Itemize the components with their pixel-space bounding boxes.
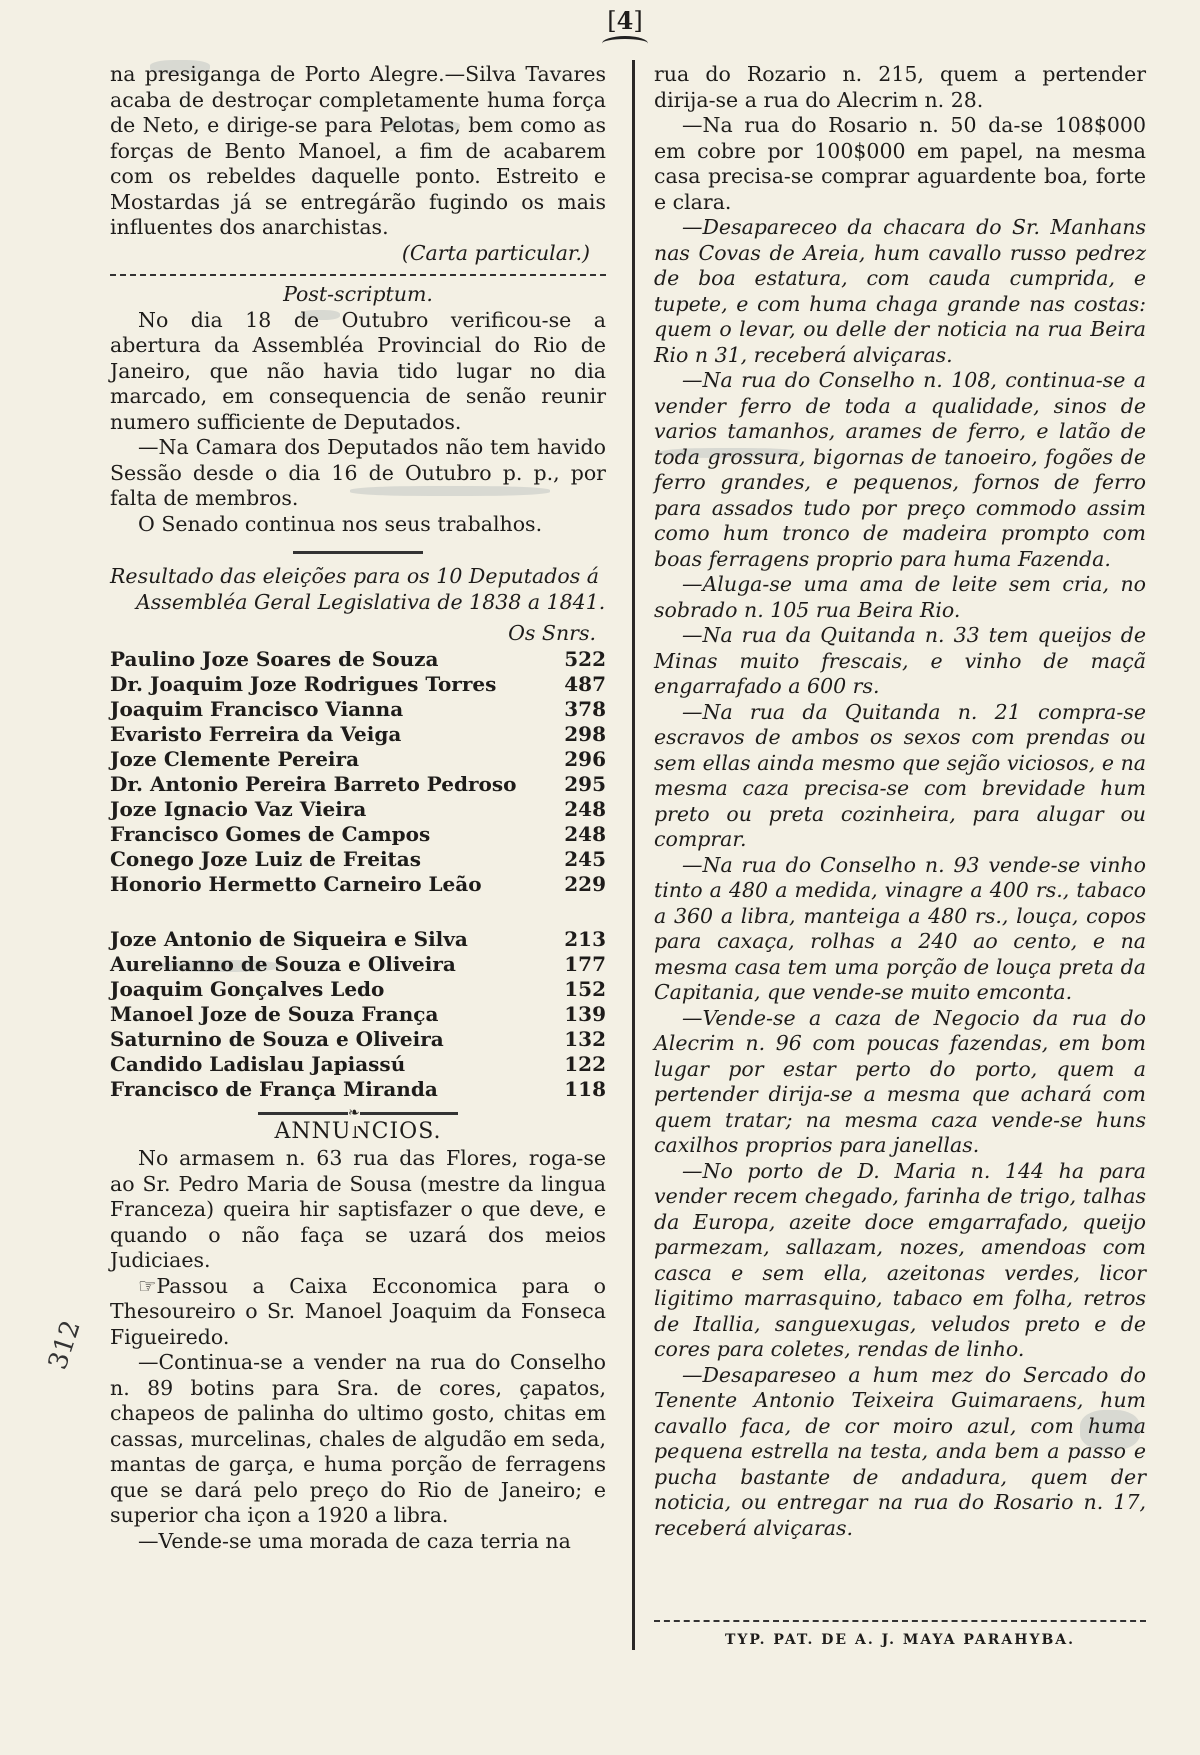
advert: —Na rua da Quitanda n. 33 tem queijos de… bbox=[654, 623, 1146, 700]
candidate-name: Candido Ladislau Japiassú bbox=[110, 1052, 405, 1077]
candidate-votes: 177 bbox=[564, 952, 606, 977]
candidate-row: Saturnino de Souza e Oliveira132 bbox=[110, 1027, 606, 1052]
candidate-name: Joze Clemente Pereira bbox=[110, 747, 359, 772]
candidate-name: Aurelianno de Souza e Oliveira bbox=[110, 952, 456, 977]
pointing-hand-icon: ☞ bbox=[138, 1274, 156, 1298]
election-header: Os Snrs. bbox=[110, 621, 606, 647]
candidate-row: Honorio Hermetto Carneiro Leão229 bbox=[110, 872, 606, 897]
advert: —No porto de D. Maria n. 144 ha para ven… bbox=[654, 1159, 1146, 1363]
brace-ornament bbox=[602, 36, 648, 51]
postscript-paragraph: No dia 18 de Outubro verificou-se a aber… bbox=[110, 308, 606, 436]
announcement-text: Passou a Caixa Ecconomica para o Thesour… bbox=[110, 1274, 606, 1349]
postscript-paragraph: O Senado continua nos seus trabalhos. bbox=[110, 512, 606, 538]
candidate-votes: 229 bbox=[564, 872, 606, 897]
advert: —Vende-se a caza de Negocio da rua do Al… bbox=[654, 1006, 1146, 1159]
candidate-votes: 213 bbox=[564, 927, 606, 952]
candidate-name: Paulino Joze Soares de Souza bbox=[110, 647, 438, 672]
candidate-row: Manoel Joze de Souza França139 bbox=[110, 1002, 606, 1027]
page-number: [4] bbox=[595, 6, 655, 35]
newspaper-page: [4] 312 na presiganga de Porto Alegre.—S… bbox=[0, 0, 1200, 1755]
candidate-row: Conego Joze Luiz de Freitas245 bbox=[110, 847, 606, 872]
candidate-name: Joaquim Gonçalves Ledo bbox=[110, 977, 384, 1002]
announcement: —Continua-se a vender na rua do Conselho… bbox=[110, 1350, 606, 1529]
candidate-name: Francisco Gomes de Campos bbox=[110, 822, 430, 847]
candidate-row: Francisco de França Miranda118 bbox=[110, 1077, 606, 1102]
candidate-votes: 122 bbox=[564, 1052, 606, 1077]
candidate-name: Manoel Joze de Souza França bbox=[110, 1002, 438, 1027]
candidate-row: Aurelianno de Souza e Oliveira177 bbox=[110, 952, 606, 977]
candidate-votes: 487 bbox=[564, 672, 606, 697]
advert: —Na rua do Conselho n. 93 vende-se vinho… bbox=[654, 853, 1146, 1006]
section-rule bbox=[110, 274, 606, 276]
announcement: ☞Passou a Caixa Ecconomica para o Thesou… bbox=[110, 1274, 606, 1351]
ornamental-rule bbox=[258, 1112, 458, 1115]
candidate-name: Francisco de França Miranda bbox=[110, 1077, 438, 1102]
candidate-name: Dr. Antonio Pereira Barreto Pedroso bbox=[110, 772, 516, 797]
news-source: (Carta particular.) bbox=[110, 241, 606, 267]
advert: —Desapareseo a hum mez do Sercado do Ten… bbox=[654, 1363, 1146, 1542]
candidate-name: Dr. Joaquim Joze Rodrigues Torres bbox=[110, 672, 496, 697]
candidate-votes: 248 bbox=[564, 797, 606, 822]
candidate-name: Evaristo Ferreira da Veiga bbox=[110, 722, 401, 747]
candidate-votes: 296 bbox=[564, 747, 606, 772]
advert: —Aluga-se uma ama de leite sem cria, no … bbox=[654, 572, 1146, 623]
candidate-votes: 245 bbox=[564, 847, 606, 872]
candidate-name: Joze Antonio de Siqueira e Silva bbox=[110, 927, 468, 952]
postscript-paragraph: —Na Camara dos Deputados não tem havido … bbox=[110, 435, 606, 512]
candidate-votes: 295 bbox=[564, 772, 606, 797]
advert: —Na rua do Rosario n. 50 da-se 108$000 e… bbox=[654, 113, 1146, 215]
elected-list: Paulino Joze Soares de Souza522 Dr. Joaq… bbox=[110, 647, 606, 897]
candidate-row: Joze Antonio de Siqueira e Silva213 bbox=[110, 927, 606, 952]
candidate-row: Joaquim Francisco Vianna378 bbox=[110, 697, 606, 722]
margin-annotation: 312 bbox=[43, 1317, 87, 1373]
candidate-votes: 298 bbox=[564, 722, 606, 747]
column-divider bbox=[632, 60, 635, 1650]
short-rule bbox=[293, 551, 423, 554]
candidate-votes: 378 bbox=[564, 697, 606, 722]
candidate-row: Dr. Antonio Pereira Barreto Pedroso295 bbox=[110, 772, 606, 797]
candidate-votes: 139 bbox=[564, 1002, 606, 1027]
right-column: rua do Rozario n. 215, quem a pertender … bbox=[654, 62, 1146, 1541]
candidate-votes: 248 bbox=[564, 822, 606, 847]
printer-imprint: TYP. PAT. DE A. J. MAYA PARAHYBA. bbox=[654, 1620, 1146, 1648]
candidate-row: Paulino Joze Soares de Souza522 bbox=[110, 647, 606, 672]
advert: rua do Rozario n. 215, quem a pertender … bbox=[654, 62, 1146, 113]
announcement: No armasem n. 63 rua das Flores, roga-se… bbox=[110, 1146, 606, 1274]
candidate-row: Francisco Gomes de Campos248 bbox=[110, 822, 606, 847]
candidate-name: Joze Ignacio Vaz Vieira bbox=[110, 797, 366, 822]
advert: —Na rua do Conselho n. 108, continua-se … bbox=[654, 368, 1146, 572]
page-number-value: 4 bbox=[617, 6, 634, 35]
candidate-row: Evaristo Ferreira da Veiga298 bbox=[110, 722, 606, 747]
left-column: na presiganga de Porto Alegre.—Silva Tav… bbox=[110, 62, 606, 1554]
candidate-row: Dr. Joaquim Joze Rodrigues Torres487 bbox=[110, 672, 606, 697]
list-gap bbox=[110, 897, 606, 927]
candidate-row: Joze Ignacio Vaz Vieira248 bbox=[110, 797, 606, 822]
candidate-name: Honorio Hermetto Carneiro Leão bbox=[110, 872, 482, 897]
candidate-name: Conego Joze Luiz de Freitas bbox=[110, 847, 421, 872]
election-title: Resultado das eleições para os 10 Deputa… bbox=[110, 564, 606, 615]
runner-up-list: Joze Antonio de Siqueira e Silva213 Aure… bbox=[110, 927, 606, 1102]
announcement: —Vende-se uma morada de caza terria na bbox=[110, 1529, 606, 1555]
candidate-votes: 152 bbox=[564, 977, 606, 1002]
candidate-row: Joaquim Gonçalves Ledo152 bbox=[110, 977, 606, 1002]
candidate-row: Joze Clemente Pereira296 bbox=[110, 747, 606, 772]
advert: —Na rua da Quitanda n. 21 compra-se escr… bbox=[654, 700, 1146, 853]
news-continuation: na presiganga de Porto Alegre.—Silva Tav… bbox=[110, 62, 606, 241]
candidate-row: Candido Ladislau Japiassú122 bbox=[110, 1052, 606, 1077]
candidate-name: Saturnino de Souza e Oliveira bbox=[110, 1027, 444, 1052]
advert: —Desapareceo da chacara do Sr. Manhans n… bbox=[654, 215, 1146, 368]
candidate-votes: 118 bbox=[564, 1077, 606, 1102]
candidate-name: Joaquim Francisco Vianna bbox=[110, 697, 403, 722]
postscript-title: Post-scriptum. bbox=[110, 282, 606, 308]
candidate-votes: 522 bbox=[564, 647, 606, 672]
candidate-votes: 132 bbox=[564, 1027, 606, 1052]
